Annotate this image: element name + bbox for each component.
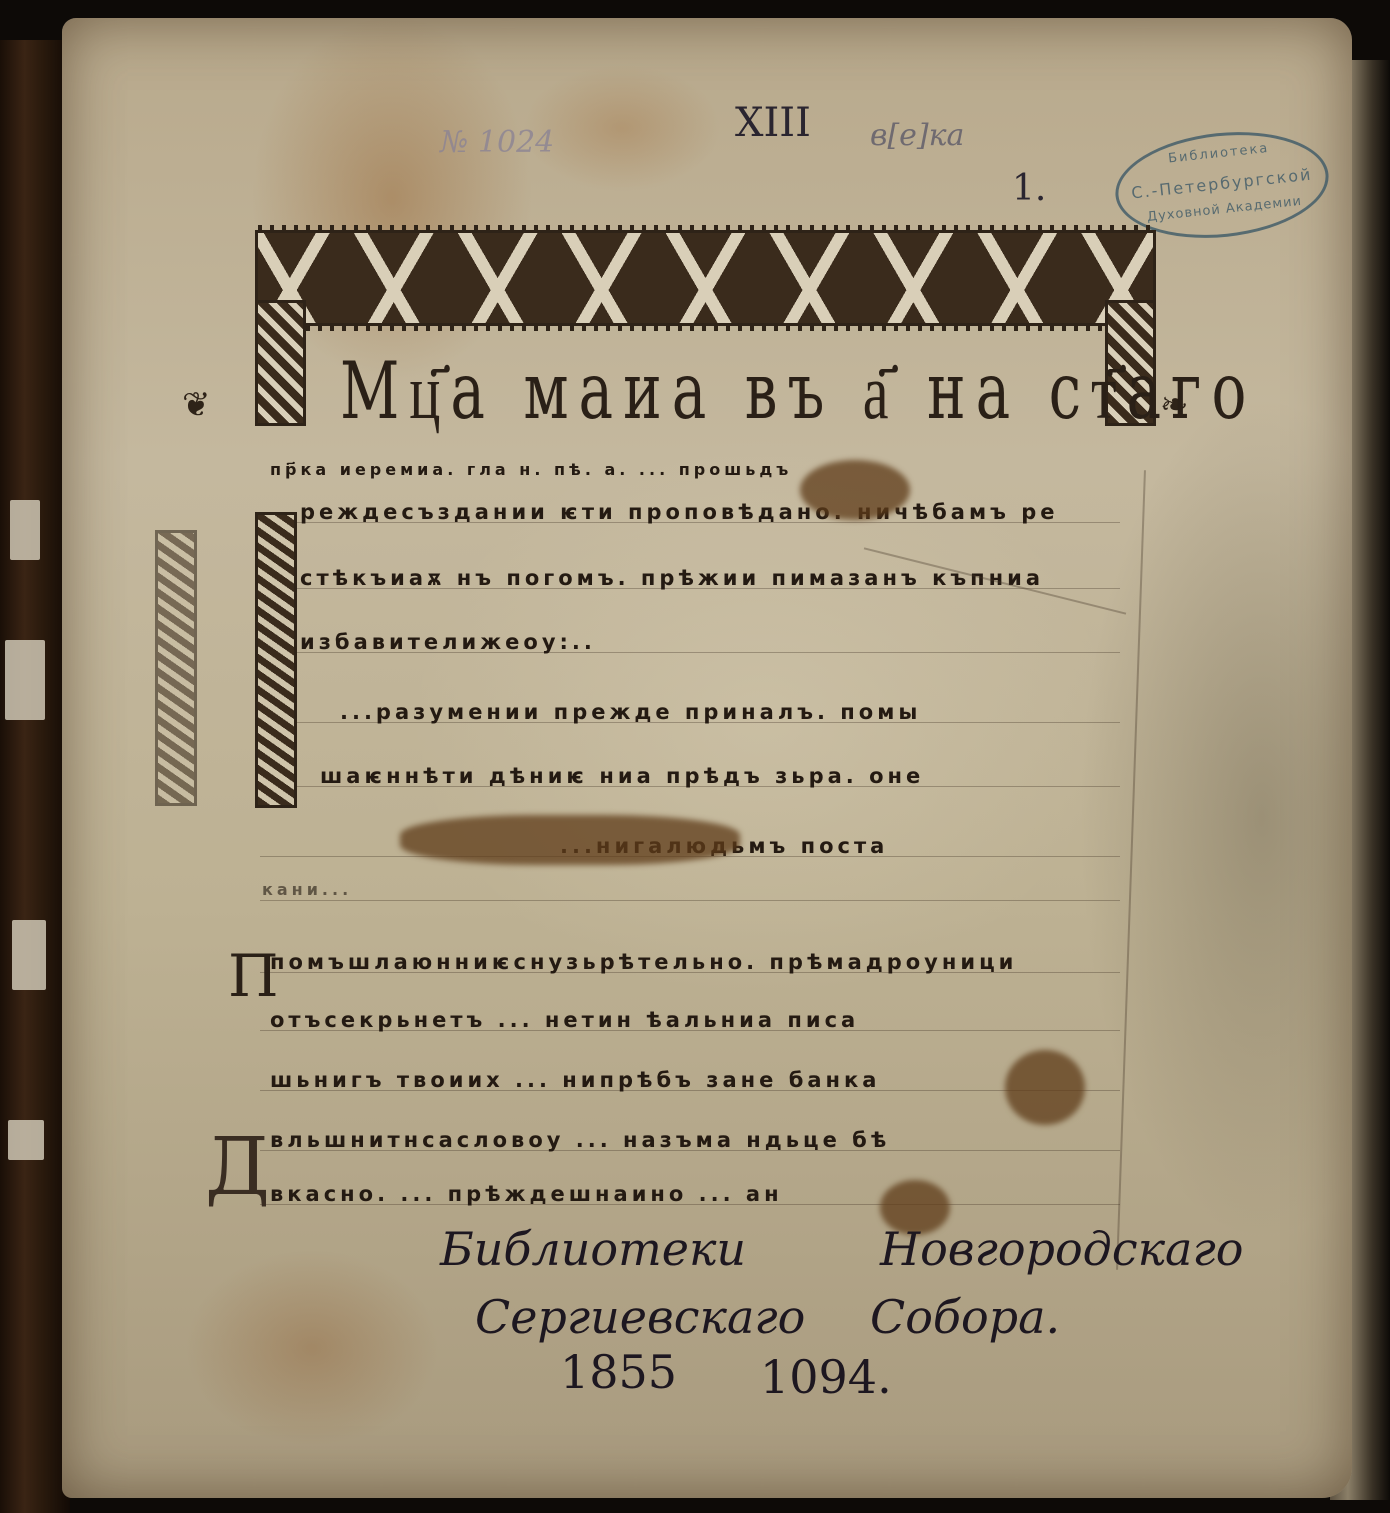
- text-line: реждесъздании ѥти проповѣдано. ничѣбамъ …: [300, 500, 1058, 524]
- text-line: избавителижеоу:..: [300, 630, 596, 654]
- folio-number: 1.: [1012, 168, 1046, 209]
- text-line: шаѥннѣти дѣниѥ ниа прѣдъ зьра. оне: [320, 764, 924, 788]
- manuscript-title: Мц҃а маиа въ а҃ на ст҃аго: [340, 345, 1100, 437]
- ink-stain: [400, 815, 740, 865]
- finial-left-icon: ❦: [182, 385, 211, 425]
- text-line: ...разумении прежде приналъ. помы: [340, 700, 921, 724]
- text-line: вльшнитнсасловоу ... назъма ндьце бѣ: [270, 1128, 890, 1152]
- inscription-year: 1855: [560, 1345, 677, 1399]
- inscription-catalog-number: 1094.: [760, 1350, 892, 1404]
- century-mark: XIII: [735, 100, 811, 146]
- book-spine: [0, 40, 70, 1513]
- century-word: в[е]ка: [870, 118, 964, 153]
- text-line: шьнигъ твоиих ... нипрѣбъ зане банка: [270, 1068, 880, 1092]
- rubric-line: пр҃ка иеремиа. гла н. пѣ. а. ... прошьдъ: [270, 460, 792, 479]
- inscription-library: Библиотеки: [440, 1222, 746, 1276]
- shelf-number: № 1024: [440, 125, 554, 160]
- ink-stain: [1005, 1050, 1085, 1125]
- text-line: вкасно. ... прѣждешнаино ... ан: [270, 1182, 783, 1206]
- ink-stain: [800, 460, 910, 520]
- inscription-sergius: Сергиевскаго: [475, 1290, 805, 1344]
- text-line: отъсекрьнетъ ... нетин ѣальниа писа: [270, 1008, 859, 1032]
- text-line: стѣкъиаѫ нъ погомъ. прѣжии пимазанъ къпн…: [300, 566, 1044, 590]
- headpiece-left-column: [255, 300, 306, 426]
- ornamental-headpiece: [255, 230, 1156, 326]
- inscription-novgorod: Новгородскаго: [880, 1222, 1243, 1276]
- initial-d: Д: [205, 1120, 270, 1213]
- inscription-cathedral: Собора.: [870, 1290, 1060, 1344]
- text-line: кани...: [262, 880, 352, 899]
- text-line: помъшлаюнниѥснузьрѣтельно. прѣмадроуници: [270, 950, 1017, 974]
- initial-p: П: [228, 942, 279, 1010]
- decorated-initial-offset: [155, 530, 197, 806]
- decorated-initial-v: [255, 512, 297, 808]
